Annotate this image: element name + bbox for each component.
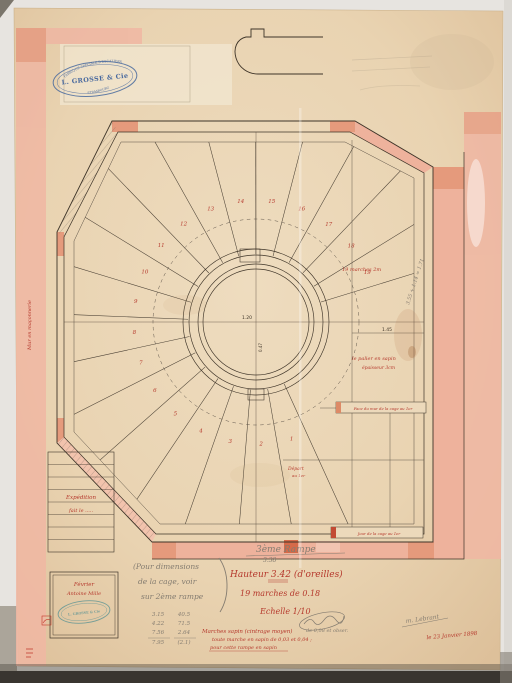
svg-text:7.56: 7.56 [152,630,165,636]
step-number: 3 [228,439,232,445]
svg-text:4.22: 4.22 [151,621,165,627]
step-number: 6 [153,388,157,394]
note-marches: 19 marches de 0.18 [240,589,320,598]
svg-text:71.5: 71.5 [178,621,191,627]
svg-text:(2.1): (2.1) [177,639,190,646]
note-rampe: 3ème Rampe [256,544,316,555]
step-number: 7 [139,360,143,366]
note-mat3: pour cette rampe en sapin [210,645,277,651]
photo-of-architectural-drawing: FABRIQUE SPÉCIALE D'ESCALIERS L. GROSSE … [0,0,512,683]
bottom-shadow [0,671,512,683]
note-mat2: toute marche en sapin de 0,03 et 0,04 ; [212,637,312,643]
step-number: 8 [133,330,137,336]
note-mat1b: de 0,08 et obser. [306,628,349,634]
dim-well-2: 0.47 [258,343,263,352]
step-number: 10 [141,269,148,275]
note-echelle: Echelle 1/10 [259,607,311,616]
svg-text:40.5: 40.5 [177,612,191,618]
fold-crease [299,108,302,568]
visa-line1: Février [73,581,95,588]
svg-text:Face du mur de la cage au 1er: Face du mur de la cage au 1er [353,406,413,411]
note-hauteur: Hauteur 3.42 (d'oreilles) [229,569,343,580]
step-number: 12 [180,222,187,228]
dim-right: 1.45 [382,327,392,333]
dim-well: 1.20 [242,315,252,321]
step-number: 14 [237,199,244,205]
note-rampe-dim: 3.38 [263,557,277,564]
visa-line2: Antoine Mille [66,591,101,597]
boxed-label-jour: Jour de la cage au 1er [331,527,423,538]
step-number: 15 [268,199,275,205]
note-mat1: Marches sapin (cintrage moyen) [201,628,292,635]
step-number: 1 [290,436,294,442]
step-number: 18 [348,243,355,249]
photo-glare [467,159,485,247]
step-number: 4 [198,429,203,435]
svg-text:(Pour dimensions: (Pour dimensions [133,562,199,571]
stamp-card: FABRIQUE SPÉCIALE D'ESCALIERS L. GROSSE … [51,44,232,105]
svg-text:de la cage, voir: de la cage, voir [138,577,197,586]
svg-text:7.95: 7.95 [152,640,165,646]
svg-text:2.64: 2.64 [177,630,191,636]
step-number: 5 [174,411,178,417]
label-palier-1: le palier en sapin [352,356,396,362]
svg-text:sur 2ème rampe: sur 2ème rampe [141,592,204,601]
label-margin-left: Mur en maçonnerie [27,300,33,351]
step-number: 2 [258,442,263,448]
boxed-label-face: Face du mur de la cage au 1er [336,402,426,413]
label-palier-2: épaisseur 3cm [362,364,395,371]
expedition-row2: fait le ..... [68,508,94,514]
label-19-marches: 19 marches 2m [342,267,381,273]
step-number: 9 [134,299,138,305]
step-number: 17 [325,222,332,228]
svg-text:3.15: 3.15 [152,612,165,618]
step-number: 11 [158,243,165,249]
step-number: 13 [207,207,214,213]
expedition-row1: Expédition [65,494,96,501]
svg-text:Jour de la cage au 1er: Jour de la cage au 1er [357,531,401,536]
